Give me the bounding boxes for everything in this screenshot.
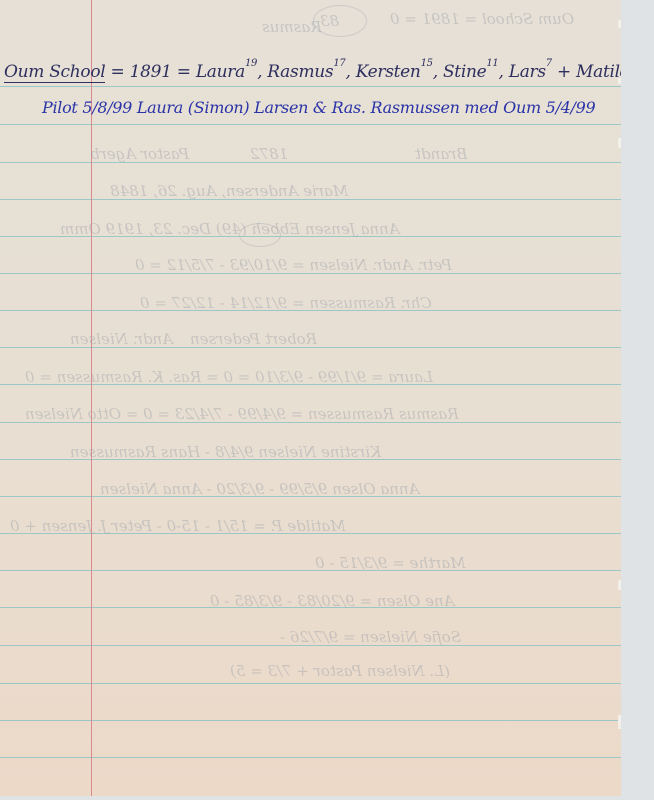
separator: , <box>433 62 443 82</box>
ink-line-oum-school: Oum School = 1891 = Laura19, Rasmus17, K… <box>4 62 621 82</box>
child-age: 7 <box>546 58 552 69</box>
show-through-circle <box>239 223 281 247</box>
ruled-line <box>0 757 621 758</box>
child-name: Matilda <box>576 62 621 82</box>
show-through-text: Robert Pedersen <box>190 330 317 348</box>
separator: , <box>345 62 355 82</box>
torn-edge <box>618 20 621 28</box>
child-name: Rasmus <box>267 62 333 82</box>
separator: , <box>499 62 509 82</box>
child-age: 15 <box>421 58 433 69</box>
show-through-text: Kirstine Nielsen 9/4/8 - Hans Rasmussen <box>70 443 381 461</box>
show-through-text: Chr. Rasmussen = 9/12/14 - 12/27 = 0 <box>140 294 432 312</box>
notebook-page: Oum School = 1891 = 0Rasmus83Brandt1872P… <box>0 0 621 796</box>
year-text: = 1891 = <box>105 62 195 82</box>
child-name: Stine <box>443 62 486 82</box>
show-through-text: (L. Nielsen Pastor + 7/3 = 5) <box>230 662 450 680</box>
torn-edge <box>618 715 621 729</box>
show-through-text: Marie Andersen, Aug. 26, 1848 <box>110 182 348 200</box>
show-through-text: Anna Jensen Ebbeh (49) Dec. 23, 1919 Omm <box>60 220 400 238</box>
red-margin-line <box>91 0 92 796</box>
show-through-text: Rasmus Rasmussen = 9/4/99 - 7/4/23 = 0 =… <box>25 405 459 423</box>
show-through-text: Andr. Nielsen <box>70 330 173 348</box>
show-through-text: Matilde P. = 15/1 - 15-0 - Peter J. Jens… <box>10 517 346 535</box>
separator: , <box>257 62 267 82</box>
show-through-text: Brandt <box>415 145 467 163</box>
ruled-line <box>0 86 621 87</box>
show-through-text: Ane Olsen = 9/20/83 - 9/3/85 - 0 <box>210 592 454 610</box>
torn-edge <box>618 580 621 590</box>
show-through-text: Petr. Andr. Nielsen = 9/10/93 - 7/5/12 =… <box>135 256 452 274</box>
show-through-text: Anna Olsen 9/5/99 - 9/3/20 - Anna Nielse… <box>100 480 419 498</box>
ink-line-pilot: Pilot 5/8/99 Laura (Simon) Larsen & Ras.… <box>42 98 595 117</box>
ruled-line <box>0 570 621 571</box>
torn-edge <box>618 138 621 148</box>
child-name: Kersten <box>356 62 421 82</box>
show-through-text: Pastor Agerb <box>90 145 189 163</box>
child-age: 19 <box>245 58 257 69</box>
child-age: 17 <box>333 58 345 69</box>
child-name: Laura <box>196 62 245 82</box>
show-through-text: Marthe = 9/3/15 - 0 <box>315 554 466 572</box>
separator: + <box>552 62 576 82</box>
ruled-line <box>0 124 621 125</box>
show-through-text: 1872 <box>250 145 288 163</box>
child-age: 11 <box>486 58 498 69</box>
child-name: Lars <box>509 62 546 82</box>
ruled-line <box>0 683 621 684</box>
show-through-text: Laura = 9/1/99 - 9/3/10 = 0 = Ras. K. Ra… <box>25 368 433 386</box>
ruled-line <box>0 720 621 721</box>
show-through-circle <box>313 5 367 37</box>
show-through-text: Sofie Nielsen = 9/7/26 - <box>280 628 461 646</box>
show-through-text: Oum School = 1891 = 0 <box>390 10 574 28</box>
torn-edge <box>618 78 621 84</box>
heading-oum-school: Oum School <box>4 62 105 83</box>
